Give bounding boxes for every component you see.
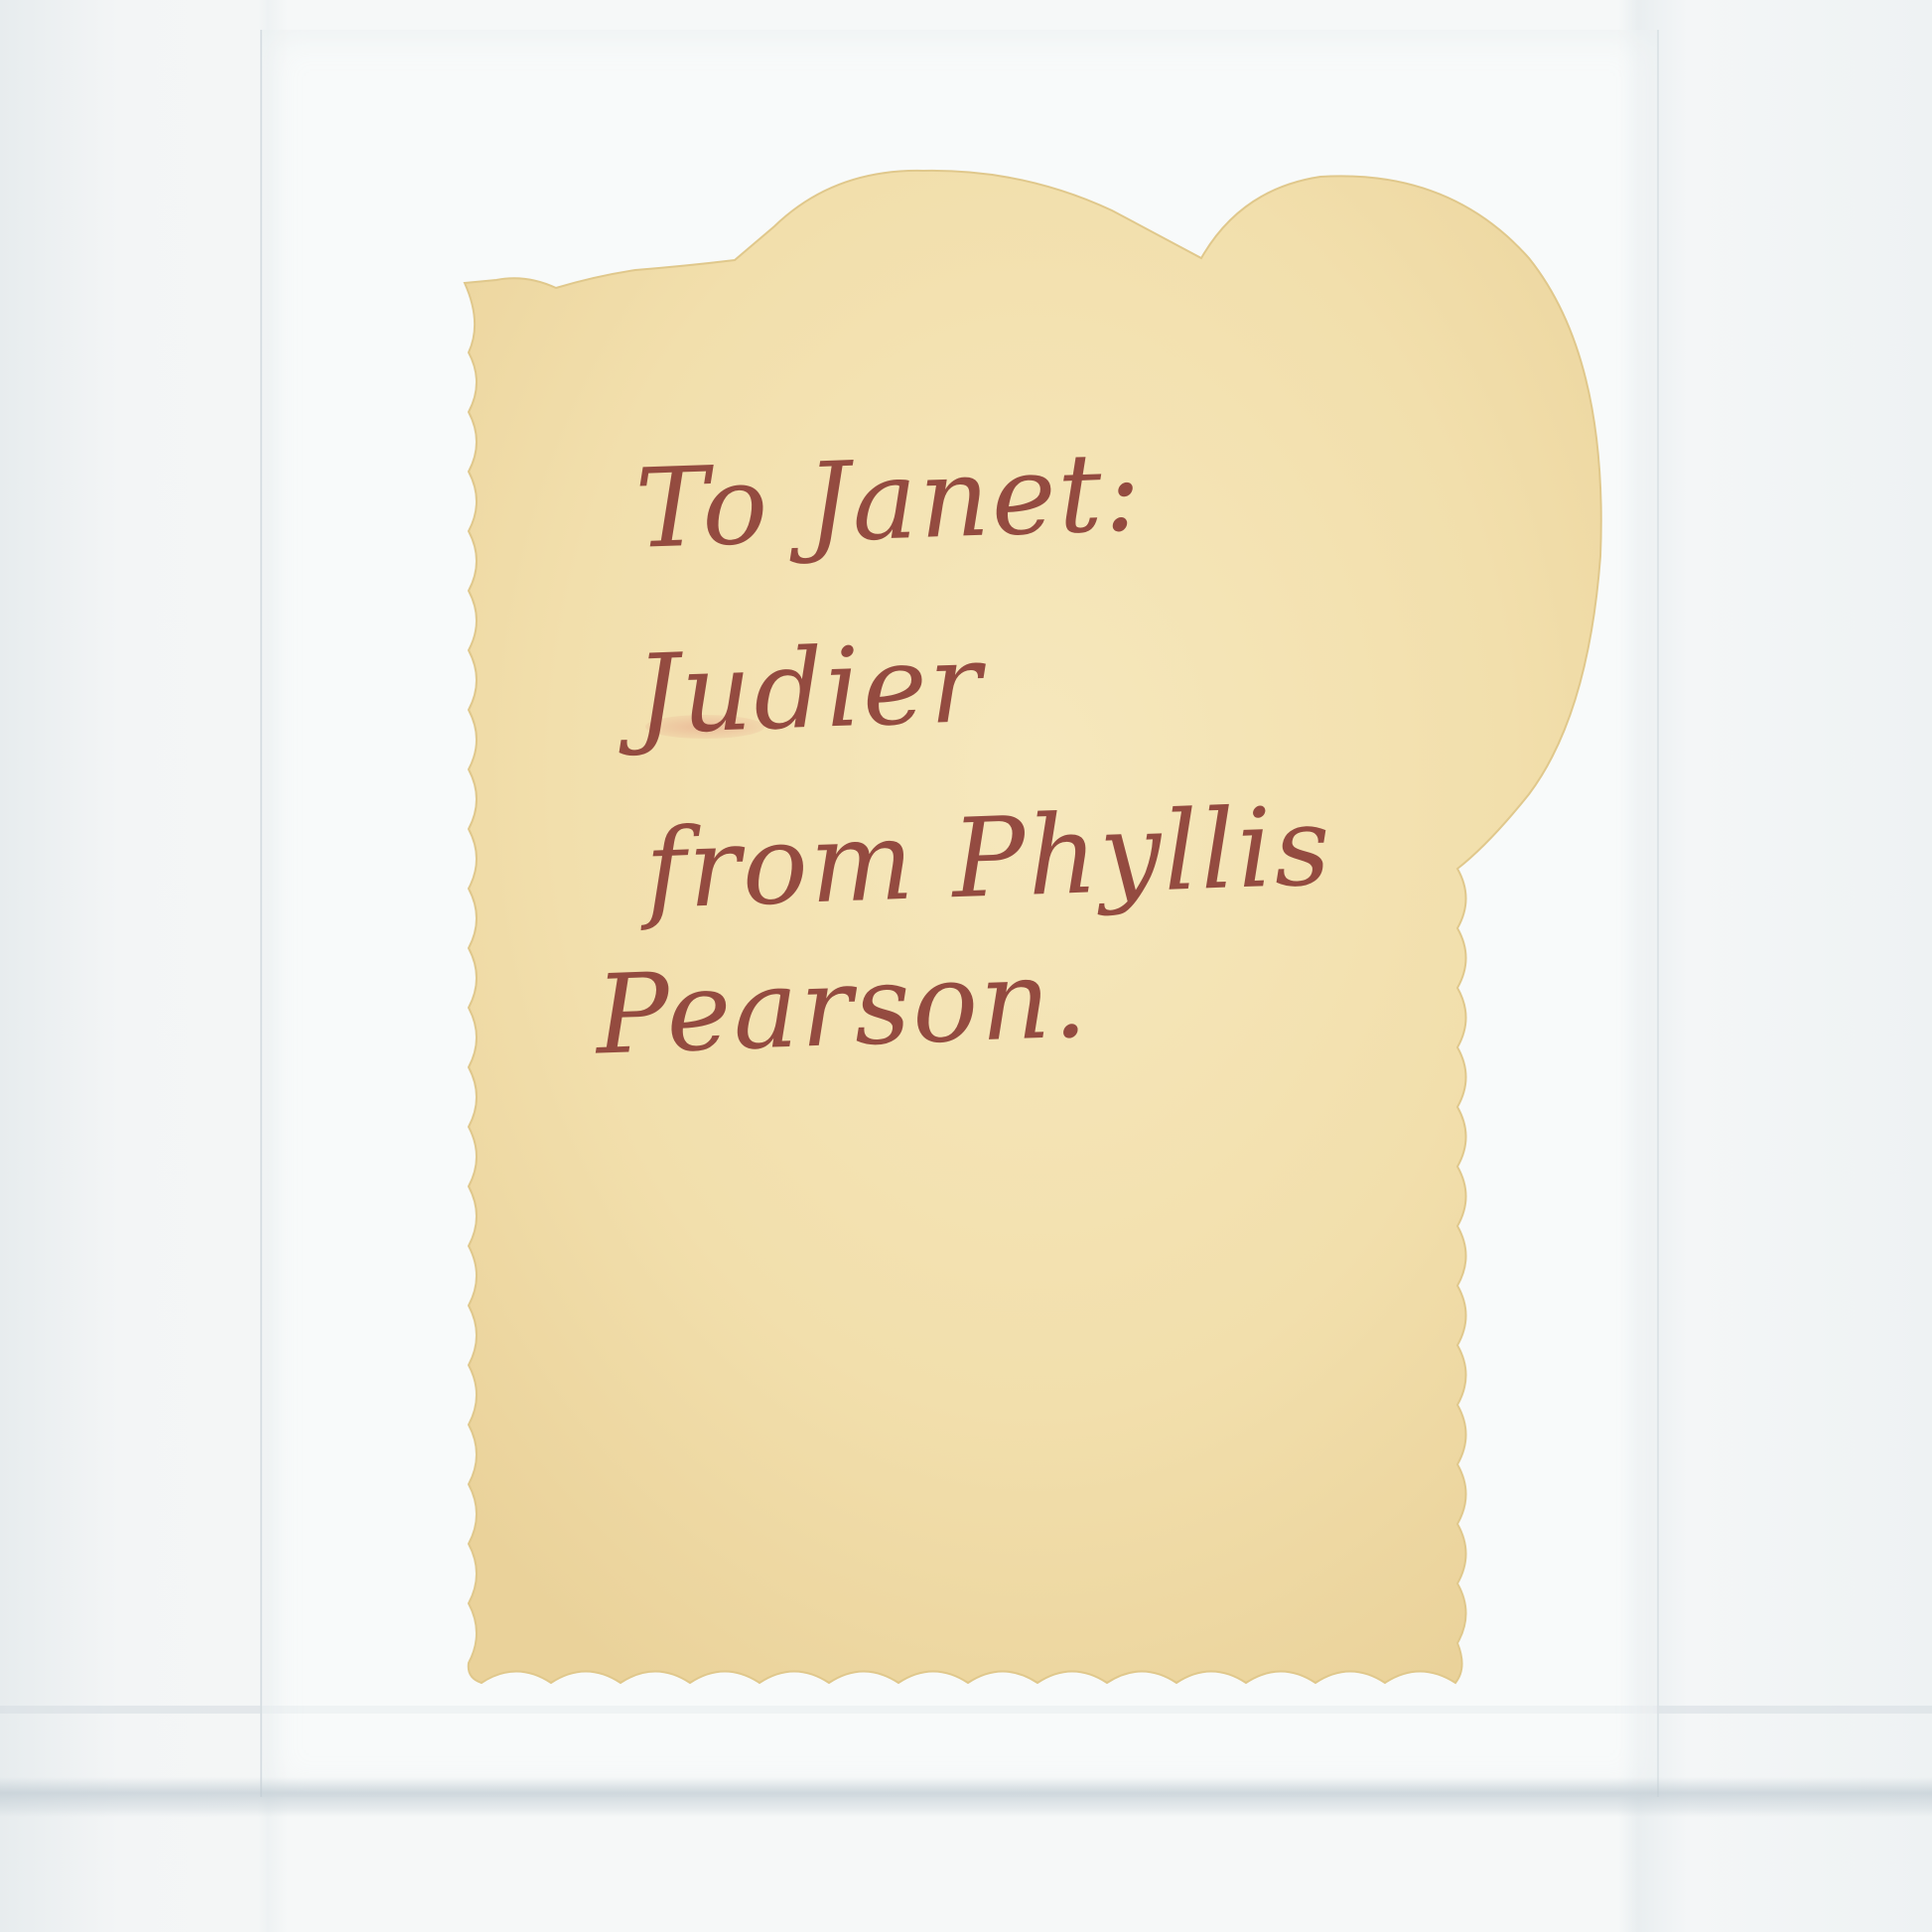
handwritten-card: To Janet: Judier from Phyllis Pearson.: [0, 0, 1932, 1932]
inscription-line-2: Judier: [633, 620, 985, 759]
inscription-line-4: Pearson.: [594, 934, 1091, 1078]
inscription-line-1: To Janet:: [633, 428, 1145, 573]
inscription-line-3: from Phyllis: [643, 782, 1334, 933]
